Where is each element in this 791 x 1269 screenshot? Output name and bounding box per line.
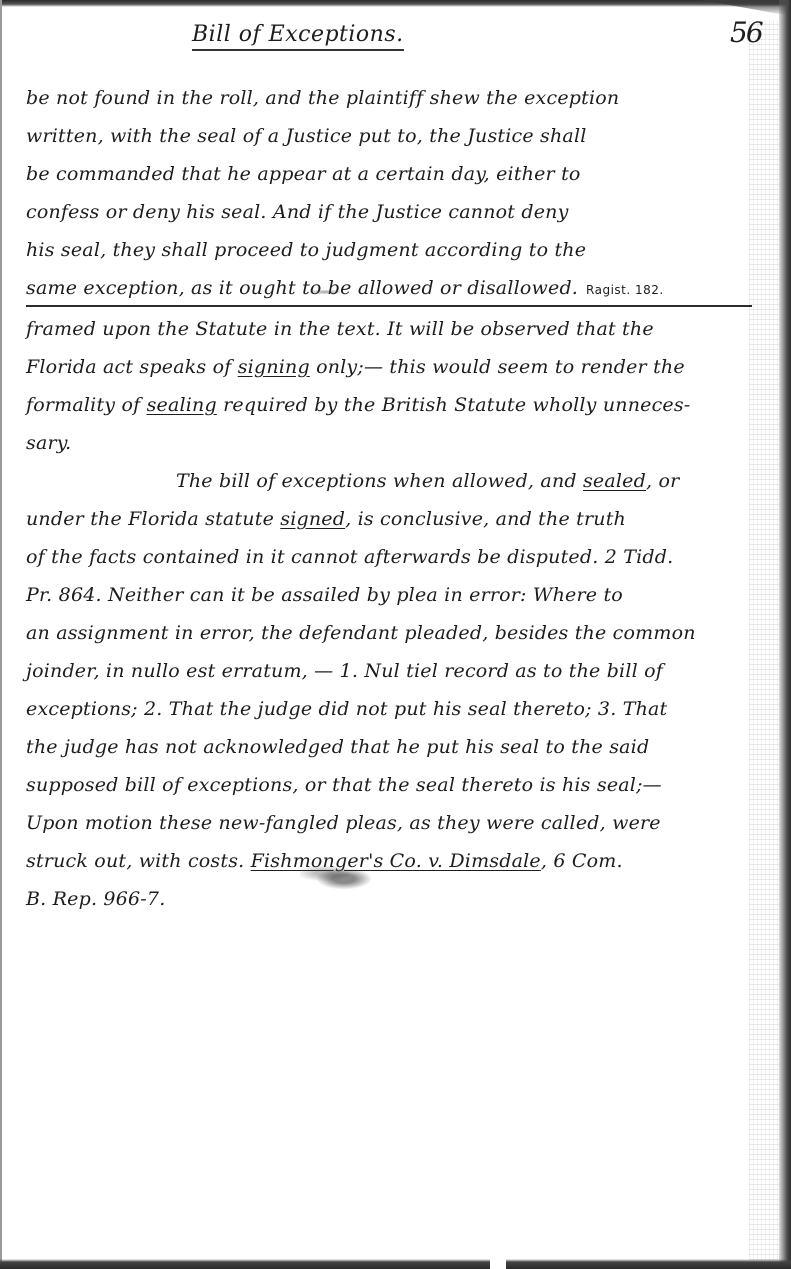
text-span: , is conclusive, and the truth bbox=[345, 508, 626, 530]
scan-edge-top bbox=[0, 0, 791, 7]
text-line: be not found in the roll, and the plaint… bbox=[26, 79, 746, 117]
text-span: under the Florida statute bbox=[26, 508, 280, 530]
footnote-divider bbox=[26, 305, 752, 307]
text-line: Florida act speaks of signing only;— thi… bbox=[26, 348, 746, 386]
page-title: Bill of Exceptions. bbox=[192, 22, 404, 51]
underlined-term: signing bbox=[238, 356, 310, 378]
text-line: confess or deny his seal. And if the Jus… bbox=[26, 193, 746, 231]
ink-smudge bbox=[310, 290, 340, 294]
scan-noise-right bbox=[749, 20, 779, 1260]
text-line: an assignment in error, the defendant pl… bbox=[26, 614, 746, 652]
text-line: joinder, in nullo est erratum, — 1. Nul … bbox=[26, 652, 746, 690]
text-line: struck out, with costs. Fishmonger's Co.… bbox=[26, 842, 746, 880]
text-line: the judge has not acknowledged that he p… bbox=[26, 728, 746, 766]
text-block-continuation: be not found in the roll, and the plaint… bbox=[26, 79, 746, 307]
text-span: struck out, with costs. bbox=[26, 850, 251, 872]
text-line: formality of sealing required by the Bri… bbox=[26, 386, 746, 424]
text-block-footnote: framed upon the Statute in the text. It … bbox=[26, 310, 746, 918]
text-line-with-citation: same exception, as it ought to be allowe… bbox=[26, 269, 746, 307]
text-line: framed upon the Statute in the text. It … bbox=[26, 310, 746, 348]
text-line: be commanded that he appear at a certain… bbox=[26, 155, 746, 193]
scan-edge-left bbox=[0, 0, 2, 1269]
underlined-term: sealed bbox=[583, 470, 646, 492]
text-line: sary. bbox=[26, 424, 746, 462]
text-line: same exception, as it ought to be allowe… bbox=[26, 277, 578, 299]
manuscript-page: Bill of Exceptions. 56 be not found in t… bbox=[0, 0, 791, 1269]
underlined-term: sealing bbox=[147, 394, 217, 416]
underlined-term: signed bbox=[280, 508, 345, 530]
paragraph-start-line: The bill of exceptions when allowed, and… bbox=[26, 462, 746, 500]
text-span: Florida act speaks of bbox=[26, 356, 238, 378]
text-line: written, with the seal of a Justice put … bbox=[26, 117, 746, 155]
text-span: The bill of exceptions when allowed, and bbox=[176, 470, 583, 492]
text-line: his seal, they shall proceed to judgment… bbox=[26, 231, 746, 269]
ink-blot bbox=[300, 862, 380, 890]
text-line: B. Rep. 966-7. bbox=[26, 880, 746, 918]
scan-edge-top-right bbox=[701, 0, 791, 16]
text-span: , or bbox=[646, 470, 679, 492]
case-citation: Fishmonger's Co. v. Dimsdale bbox=[251, 850, 541, 872]
text-line: Upon motion these new-fangled pleas, as … bbox=[26, 804, 746, 842]
margin-citation: Ragist. 182. bbox=[586, 283, 664, 297]
scan-edge-bottom bbox=[0, 1259, 791, 1269]
text-line: Pr. 864. Neither can it be assailed by p… bbox=[26, 576, 746, 614]
scan-edge-bottom-gap bbox=[490, 1259, 506, 1269]
text-line: exceptions; 2. That the judge did not pu… bbox=[26, 690, 746, 728]
text-line: of the facts contained in it cannot afte… bbox=[26, 538, 746, 576]
text-line: supposed bill of exceptions, or that the… bbox=[26, 766, 746, 804]
text-span: formality of bbox=[26, 394, 147, 416]
page-number: 56 bbox=[730, 18, 762, 48]
text-span: required by the British Statute wholly u… bbox=[217, 394, 691, 416]
text-line: under the Florida statute signed, is con… bbox=[26, 500, 746, 538]
scan-edge-right bbox=[779, 0, 791, 1269]
text-span: , 6 Com. bbox=[541, 850, 623, 872]
text-span: only;— this would seem to render the bbox=[310, 356, 685, 378]
